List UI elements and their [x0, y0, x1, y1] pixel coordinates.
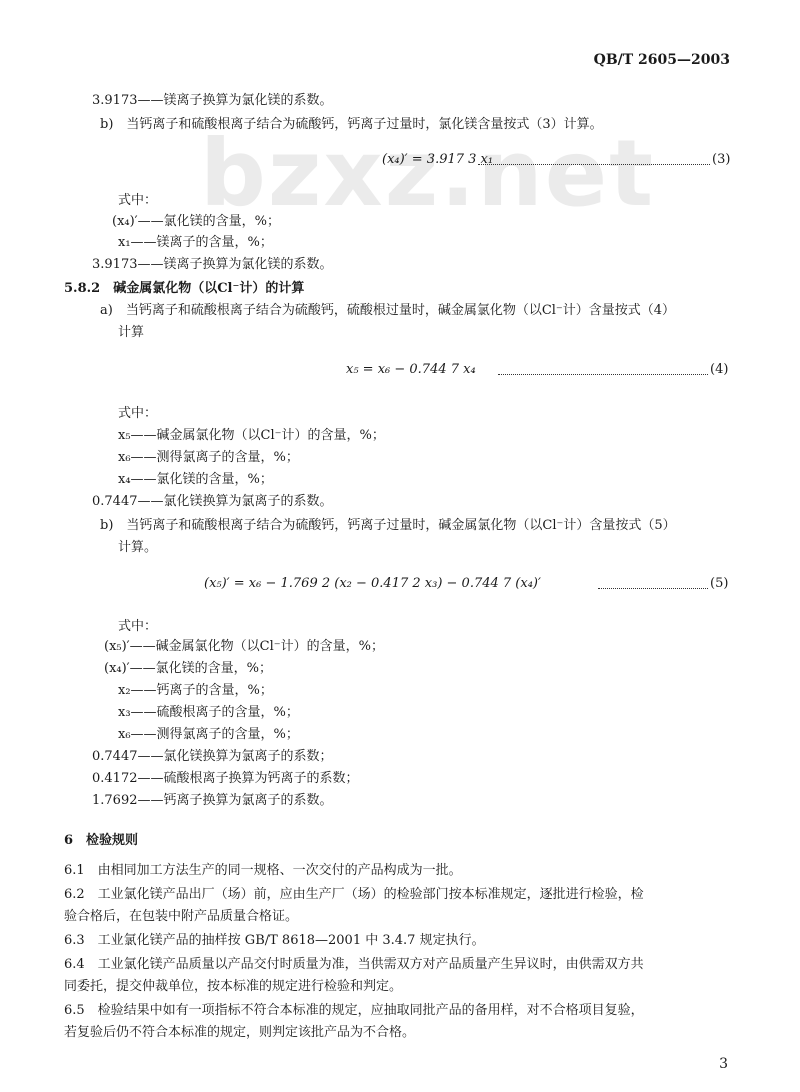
page-number: 3: [719, 1056, 728, 1072]
formula-leader: [478, 164, 710, 165]
where-label: 式中：: [118, 618, 157, 636]
variable-definition: x₄——氯化镁的含量，%；: [118, 471, 273, 489]
variable-definition: x₁——镁离子的含量，%；: [118, 234, 273, 252]
standard-code-header: QB/T 2605—2003: [594, 52, 730, 68]
item-b-text: b) 当钙离子和硫酸根离子结合为硫酸钙，钙离子过量时，碱金属氯化物（以Cl⁻计）…: [100, 517, 676, 535]
variable-definition: 0.7447——氯化镁换算为氯离子的系数；: [92, 748, 333, 766]
clause-6-5-cont: 若复验后仍不符合本标准的规定，则判定该批产品为不合格。: [64, 1024, 415, 1042]
variable-definition: x₆——测得氯离子的含量，%；: [118, 449, 299, 467]
clause-6-3: 6.3 工业氯化镁产品的抽样按 GB/T 8618—2001 中 3.4.7 规…: [64, 932, 485, 950]
section-heading-6: 6 检验规则: [64, 832, 138, 850]
section-heading-5-8-2: 5.8.2 碱金属氯化物（以Cl⁻计）的计算: [64, 280, 304, 298]
formula-4: x₅ = x₆ − 0.744 7 x₄: [346, 362, 476, 377]
formula-4-number: (4): [710, 362, 728, 377]
document-page: bzxz.net QB/T 2605—2003 3.9173——镁离子换算为氯化…: [0, 0, 800, 1092]
variable-definition: (x₄)′——氯化镁的含量，%；: [112, 213, 280, 231]
formula-leader: [498, 374, 708, 375]
clause-6-4: 6.4 工业氯化镁产品质量以产品交付时质量为准，当供需双方对产品质量产生异议时，…: [64, 956, 644, 974]
formula-leader: [598, 588, 708, 589]
variable-definition: 0.4172——硫酸根离子换算为钙离子的系数；: [92, 770, 359, 788]
formula-5: (x₅)′ = x₆ − 1.769 2 (x₂ − 0.417 2 x₃) −…: [204, 576, 541, 591]
clause-6-2: 6.2 工业氯化镁产品出厂（场）前，应由生产厂（场）的检验部门按本标准规定，逐批…: [64, 886, 644, 904]
variable-definition: x₆——测得氯离子的含量，%；: [118, 726, 299, 744]
variable-definition: x₅——碱金属氯化物（以Cl⁻计）的含量，%；: [118, 427, 385, 445]
clause-6-2-cont: 验合格后，在包装中附产品质量合格证。: [64, 908, 298, 926]
item-a-text: a) 当钙离子和硫酸根离子结合为硫酸钙，硫酸根过量时，碱金属氯化物（以Cl⁻计）…: [100, 302, 675, 320]
formula-3: (x₄)′ = 3.917 3 x₁: [382, 152, 493, 167]
variable-definition: (x₅)′——碱金属氯化物（以Cl⁻计）的含量，%；: [104, 638, 384, 656]
where-label: 式中：: [118, 405, 157, 423]
variable-definition: 0.7447——氯化镁换算为氯离子的系数。: [92, 493, 333, 511]
coefficient-line: 3.9173——镁离子换算为氯化镁的系数。: [92, 92, 333, 110]
variable-definition: 1.7692——钙离子换算为氯离子的系数。: [92, 792, 333, 810]
variable-definition: (x₄)′——氯化镁的含量，%；: [104, 660, 272, 678]
where-label: 式中：: [118, 192, 157, 210]
clause-6-4-cont: 同委托，提交仲裁单位，按本标准的规定进行检验和判定。: [64, 978, 402, 996]
item-b-text-cont: 计算。: [118, 539, 157, 557]
variable-definition: x₂——钙离子的含量，%；: [118, 682, 273, 700]
watermark: bzxz.net: [200, 128, 655, 220]
clause-6-5: 6.5 检验结果中如有一项指标不符合本标准的规定，应抽取同批产品的备用样，对不合…: [64, 1002, 644, 1020]
variable-definition: x₃——硫酸根离子的含量，%；: [118, 704, 299, 722]
variable-definition: 3.9173——镁离子换算为氯化镁的系数。: [92, 256, 333, 274]
clause-6-1: 6.1 由相同加工方法生产的同一规格、一次交付的产品构成为一批。: [64, 862, 462, 880]
item-b-text: b) 当钙离子和硫酸根离子结合为硫酸钙，钙离子过量时，氯化镁含量按式（3）计算。: [100, 116, 603, 134]
formula-5-number: (5): [710, 576, 728, 591]
formula-3-number: (3): [712, 152, 730, 167]
item-a-text-cont: 计算: [118, 324, 144, 342]
